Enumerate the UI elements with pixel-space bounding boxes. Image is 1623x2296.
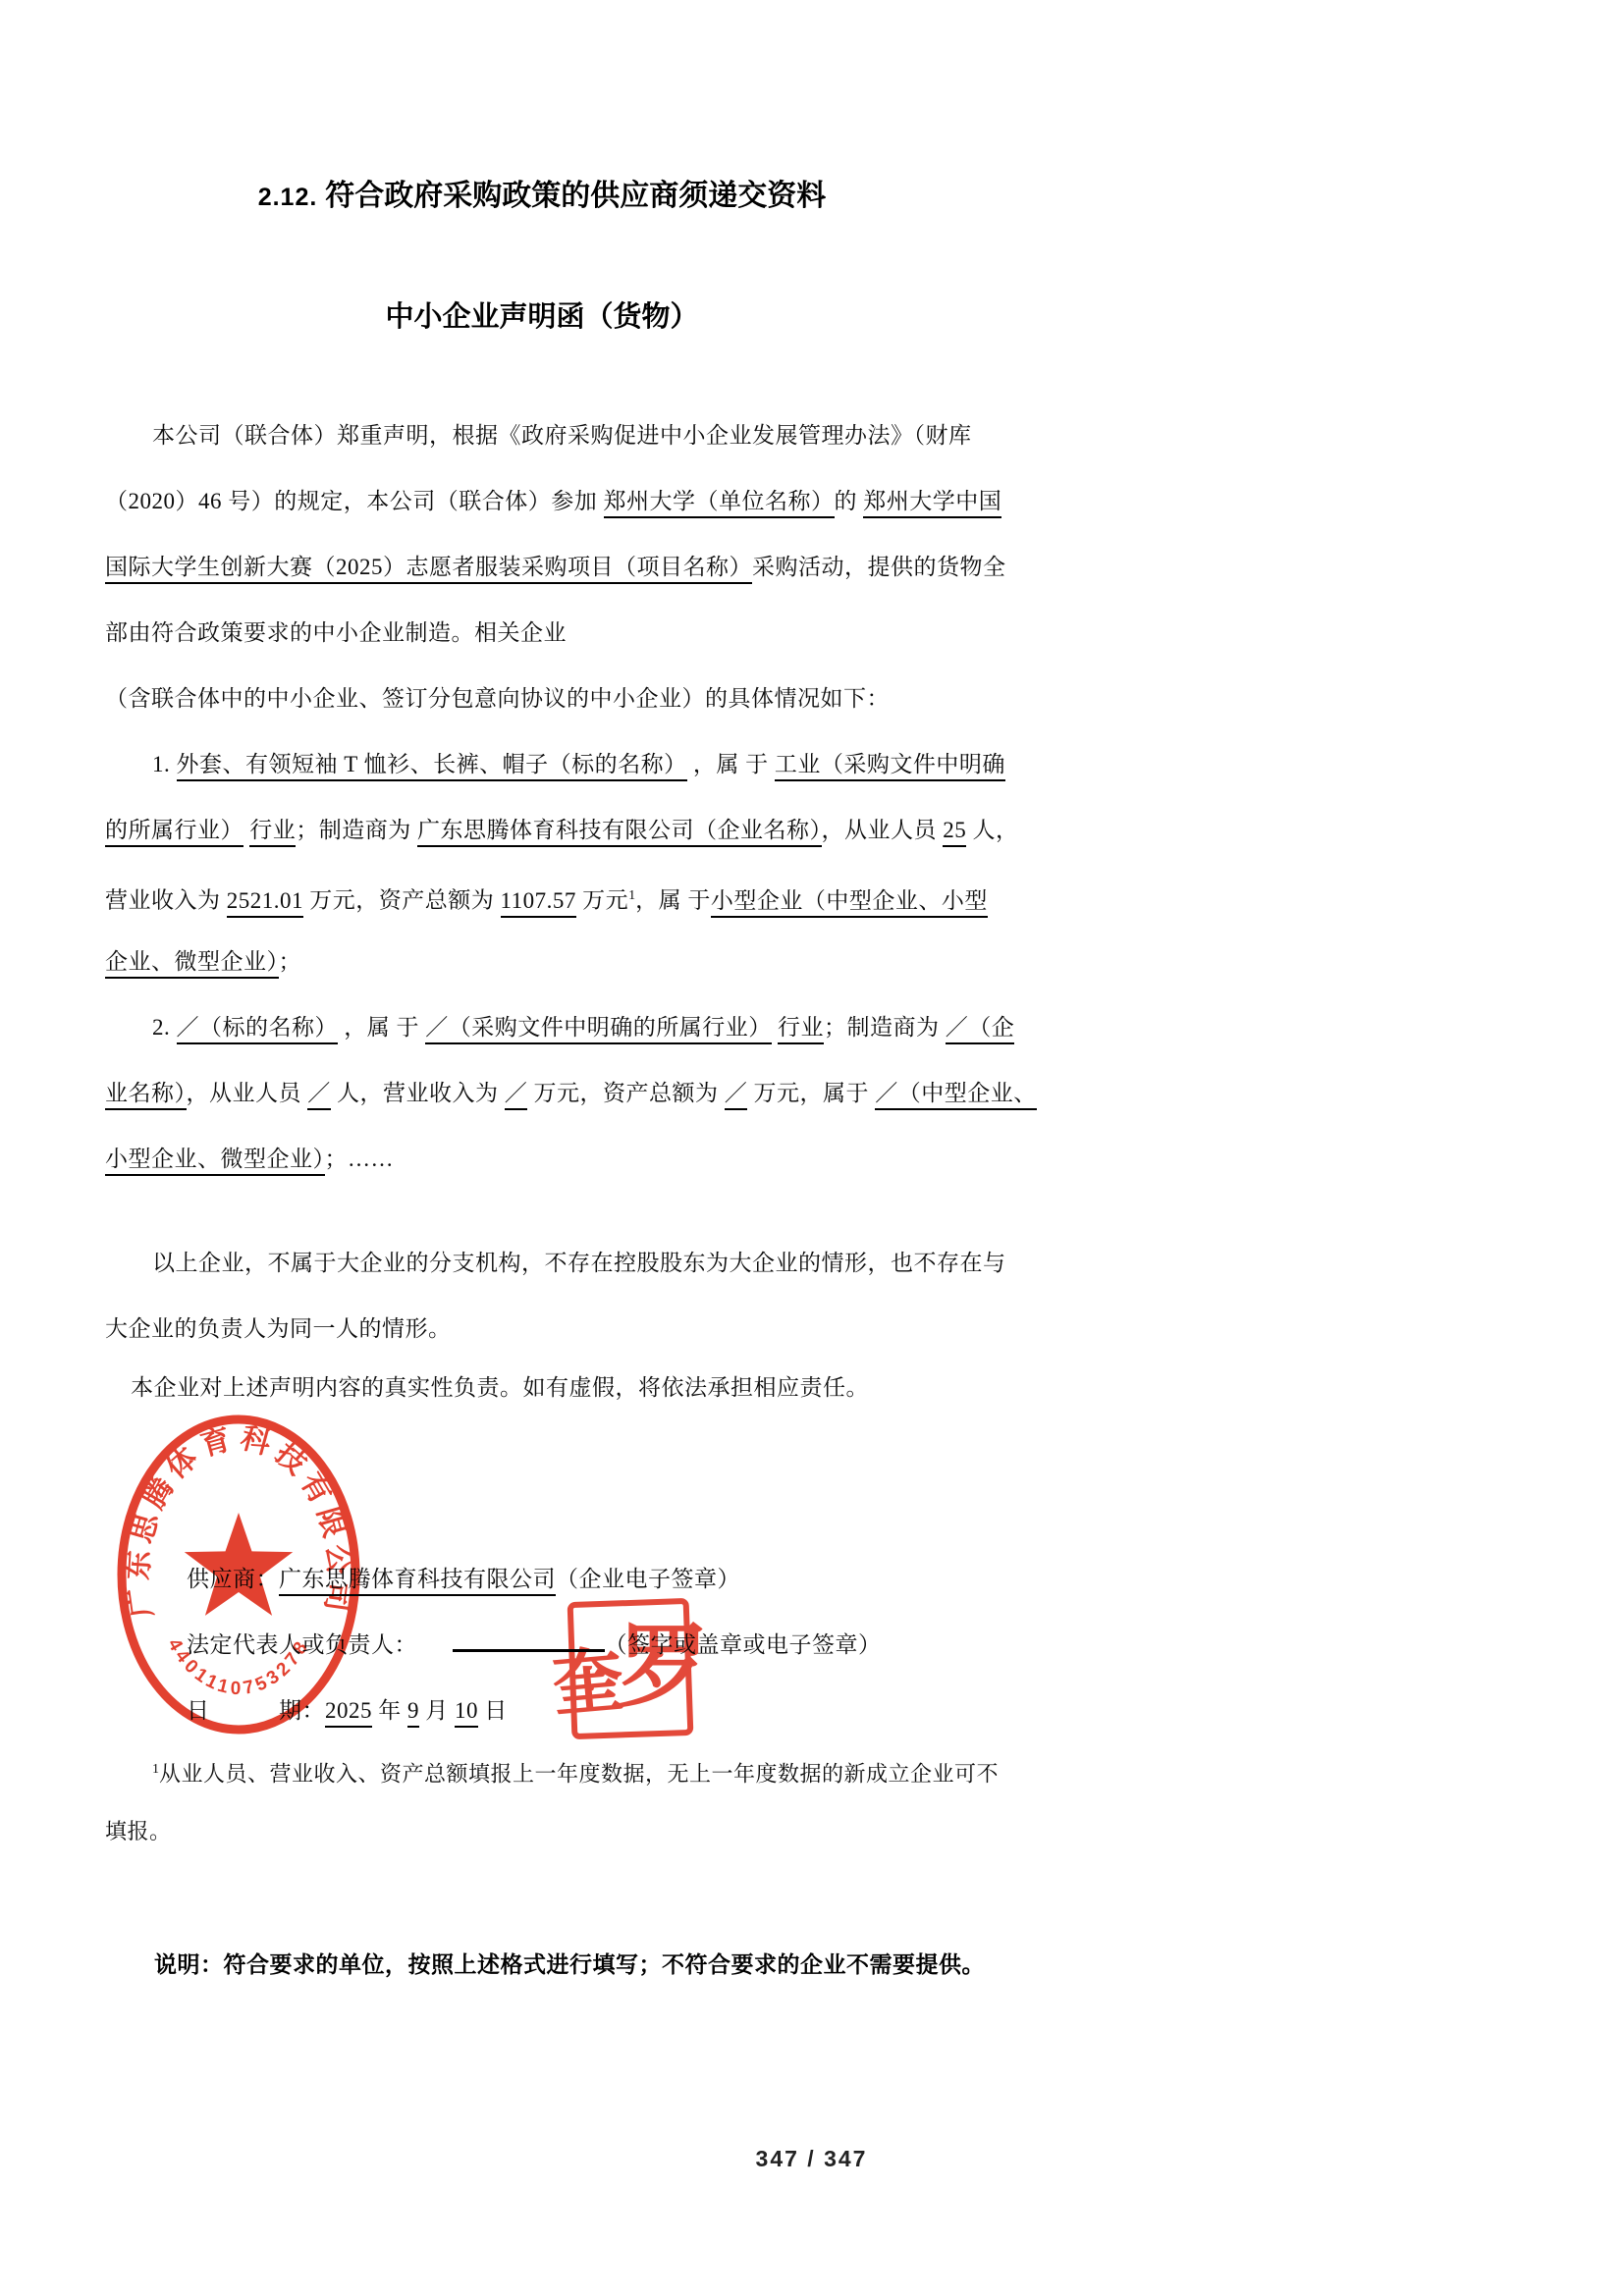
- text-line: 以上企业，不属于大企业的分支机构，不存在控股股东为大企业的情形，也不存在与: [105, 1230, 1126, 1296]
- closing-paragraph: 以上企业，不属于大企业的分支机构，不存在控股股东为大企业的情形，也不存在与大企业…: [105, 1230, 1126, 1362]
- text-line: 2. ／（标的名称） ，属 于 ／（采购文件中明确的所属行业） 行业；制造商为 …: [105, 994, 1126, 1060]
- text-line: （2020）46 号）的规定，本公司（联合体）参加 郑州大学（单位名称）的 郑州…: [105, 468, 1126, 534]
- responsibility-paragraph: 本企业对上述声明内容的真实性负责。如有虚假，将依法承担相应责任。: [105, 1355, 1152, 1420]
- text-line: 1. 外套、有领短袖 T 恤衫、长裤、帽子（标的名称） ，属 于 工业（采购文件…: [105, 731, 1126, 797]
- text-line: 日 期：2025 年 9 月 10 日: [187, 1678, 1208, 1743]
- text-line: 营业收入为 2521.01 万元，资产总额为 1107.57 万元1，属 于小型…: [105, 863, 1126, 929]
- text-line: 国际大学生创新大赛（2025）志愿者服装采购项目（项目名称）采购活动，提供的货物…: [105, 534, 1126, 600]
- section-title-text: 符合政府采购政策的供应商须递交资料: [325, 180, 826, 212]
- footnote: 1从业人员、营业收入、资产总额填报上一年度数据，无上一年度数据的新成立企业可不填…: [105, 1738, 1126, 1862]
- section-number: 2.12.: [258, 184, 318, 211]
- text-line: 企业、微型企业）；: [105, 929, 1126, 994]
- text-line: 本公司（联合体）郑重声明，根据《政府采购促进中小企业发展管理办法》（财库: [105, 402, 1126, 468]
- text-line: 大企业的负责人为同一人的情形。: [105, 1296, 1126, 1362]
- text-line: 说明：符合要求的单位，按照上述格式进行填写；不符合要求的企业不需要提供。: [105, 1932, 1126, 1998]
- signature-block: 供应商：广东思腾体育科技有限公司（企业电子签章）法定代表人或负责人： （签字或盖…: [187, 1546, 1208, 1743]
- declaration-body: 本公司（联合体）郑重声明，根据《政府采购促进中小企业发展管理办法》（财库（202…: [105, 402, 1126, 1192]
- text-line: 填报。: [105, 1800, 1126, 1862]
- page-number: 347 / 347: [0, 2146, 1623, 2172]
- text-line: 法定代表人或负责人： （签字或盖章或电子签章）: [187, 1612, 1208, 1678]
- text-line: 业名称），从业人员 ／ 人，营业收入为 ／ 万元，资产总额为 ／ 万元，属于 ／…: [105, 1060, 1126, 1126]
- text-line: （含联合体中的中小企业、签订分包意向协议的中小企业）的具体情况如下：: [105, 666, 1126, 731]
- text-line: 的所属行业） 行业；制造商为 广东思腾体育科技有限公司（企业名称），从业人员 2…: [105, 797, 1126, 863]
- declaration-title: 中小企业声明函（货物）: [0, 294, 1084, 335]
- text-line: 小型企业、微型企业）；……: [105, 1126, 1126, 1192]
- section-title: 2.12.符合政府采购政策的供应商须递交资料: [0, 171, 1084, 214]
- text-line: 本企业对上述声明内容的真实性负责。如有虚假，将依法承担相应责任。: [131, 1355, 1152, 1420]
- note-line: 说明：符合要求的单位，按照上述格式进行填写；不符合要求的企业不需要提供。: [105, 1932, 1126, 1998]
- text-line: 1从业人员、营业收入、资产总额填报上一年度数据，无上一年度数据的新成立企业可不: [105, 1738, 1126, 1800]
- text-line: 部由符合政策要求的中小企业制造。相关企业: [105, 600, 1126, 666]
- document-page: 2.12.符合政府采购政策的供应商须递交资料 中小企业声明函（货物） 本公司（联…: [0, 0, 1623, 2296]
- text-line: 供应商：广东思腾体育科技有限公司（企业电子签章）: [187, 1546, 1208, 1612]
